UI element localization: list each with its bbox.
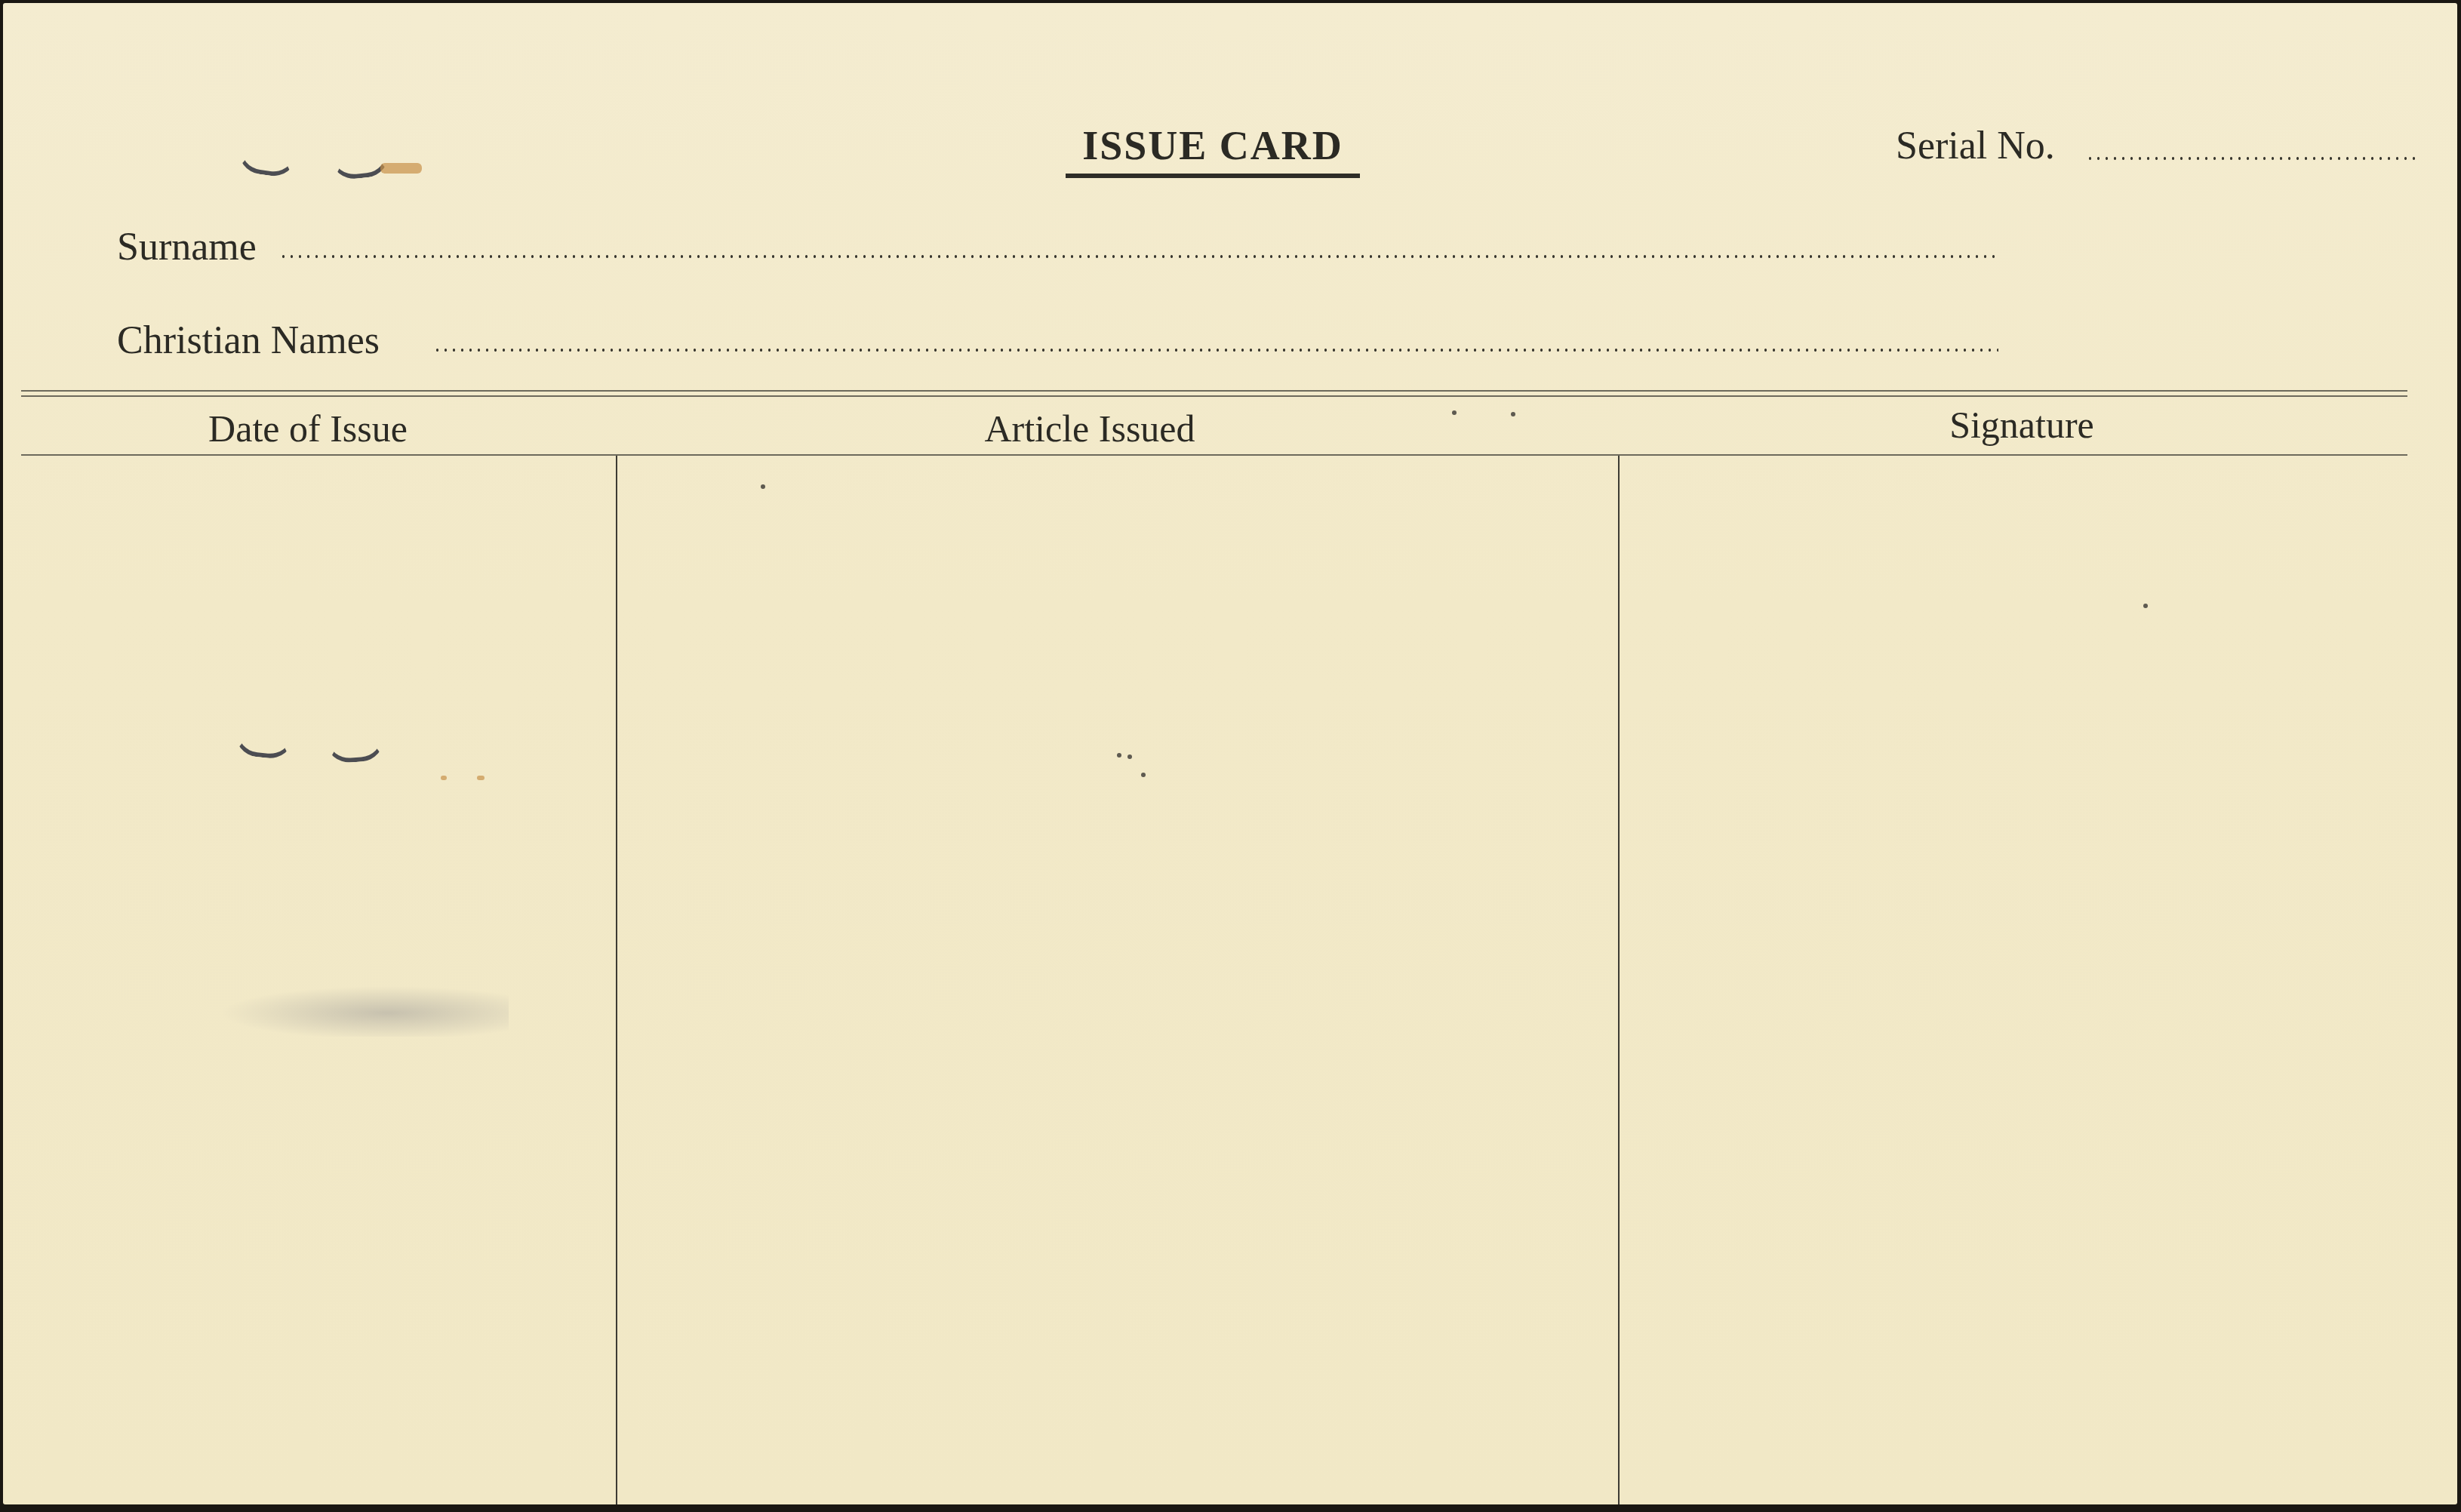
serial-number-label: Serial No. (1896, 124, 2055, 168)
column-divider-1 (616, 456, 617, 1504)
ink-speck (1127, 754, 1132, 759)
column-divider-2 (1618, 456, 1620, 1504)
christian-names-field[interactable] (433, 349, 1998, 352)
column-header-signature: Signature (1618, 403, 2426, 447)
title-underline (1066, 174, 1360, 178)
rust-stain (477, 776, 485, 780)
surname-label: Surname (117, 225, 257, 269)
header-rule-top (21, 390, 2407, 392)
ink-speck (1511, 412, 1515, 416)
serial-number-field[interactable] (2086, 157, 2418, 160)
column-header-rule (21, 454, 2407, 456)
column-header-article-issued: Article Issued (607, 407, 1573, 450)
article-issued-column[interactable] (619, 457, 1617, 1504)
header-rule-bottom (21, 395, 2407, 397)
date-of-issue-column[interactable] (21, 457, 614, 1504)
rust-stain (380, 163, 422, 174)
pencil-smudge (207, 984, 509, 1037)
ink-speck (1117, 753, 1121, 758)
issue-card: ISSUE CARD Serial No. Surname Christian … (3, 3, 2457, 1504)
signature-column[interactable] (1621, 457, 2407, 1504)
ink-speck (1452, 410, 1457, 415)
christian-names-label: Christian Names (117, 318, 380, 363)
surname-field[interactable] (279, 255, 1998, 258)
ink-speck (1141, 773, 1146, 777)
rust-stain (441, 776, 447, 780)
card-title: ISSUE CARD (1066, 122, 1360, 169)
column-header-date-of-issue: Date of Issue (21, 407, 595, 450)
ink-speck (761, 484, 765, 489)
staple-icon (235, 147, 297, 180)
ink-speck (2143, 604, 2148, 608)
